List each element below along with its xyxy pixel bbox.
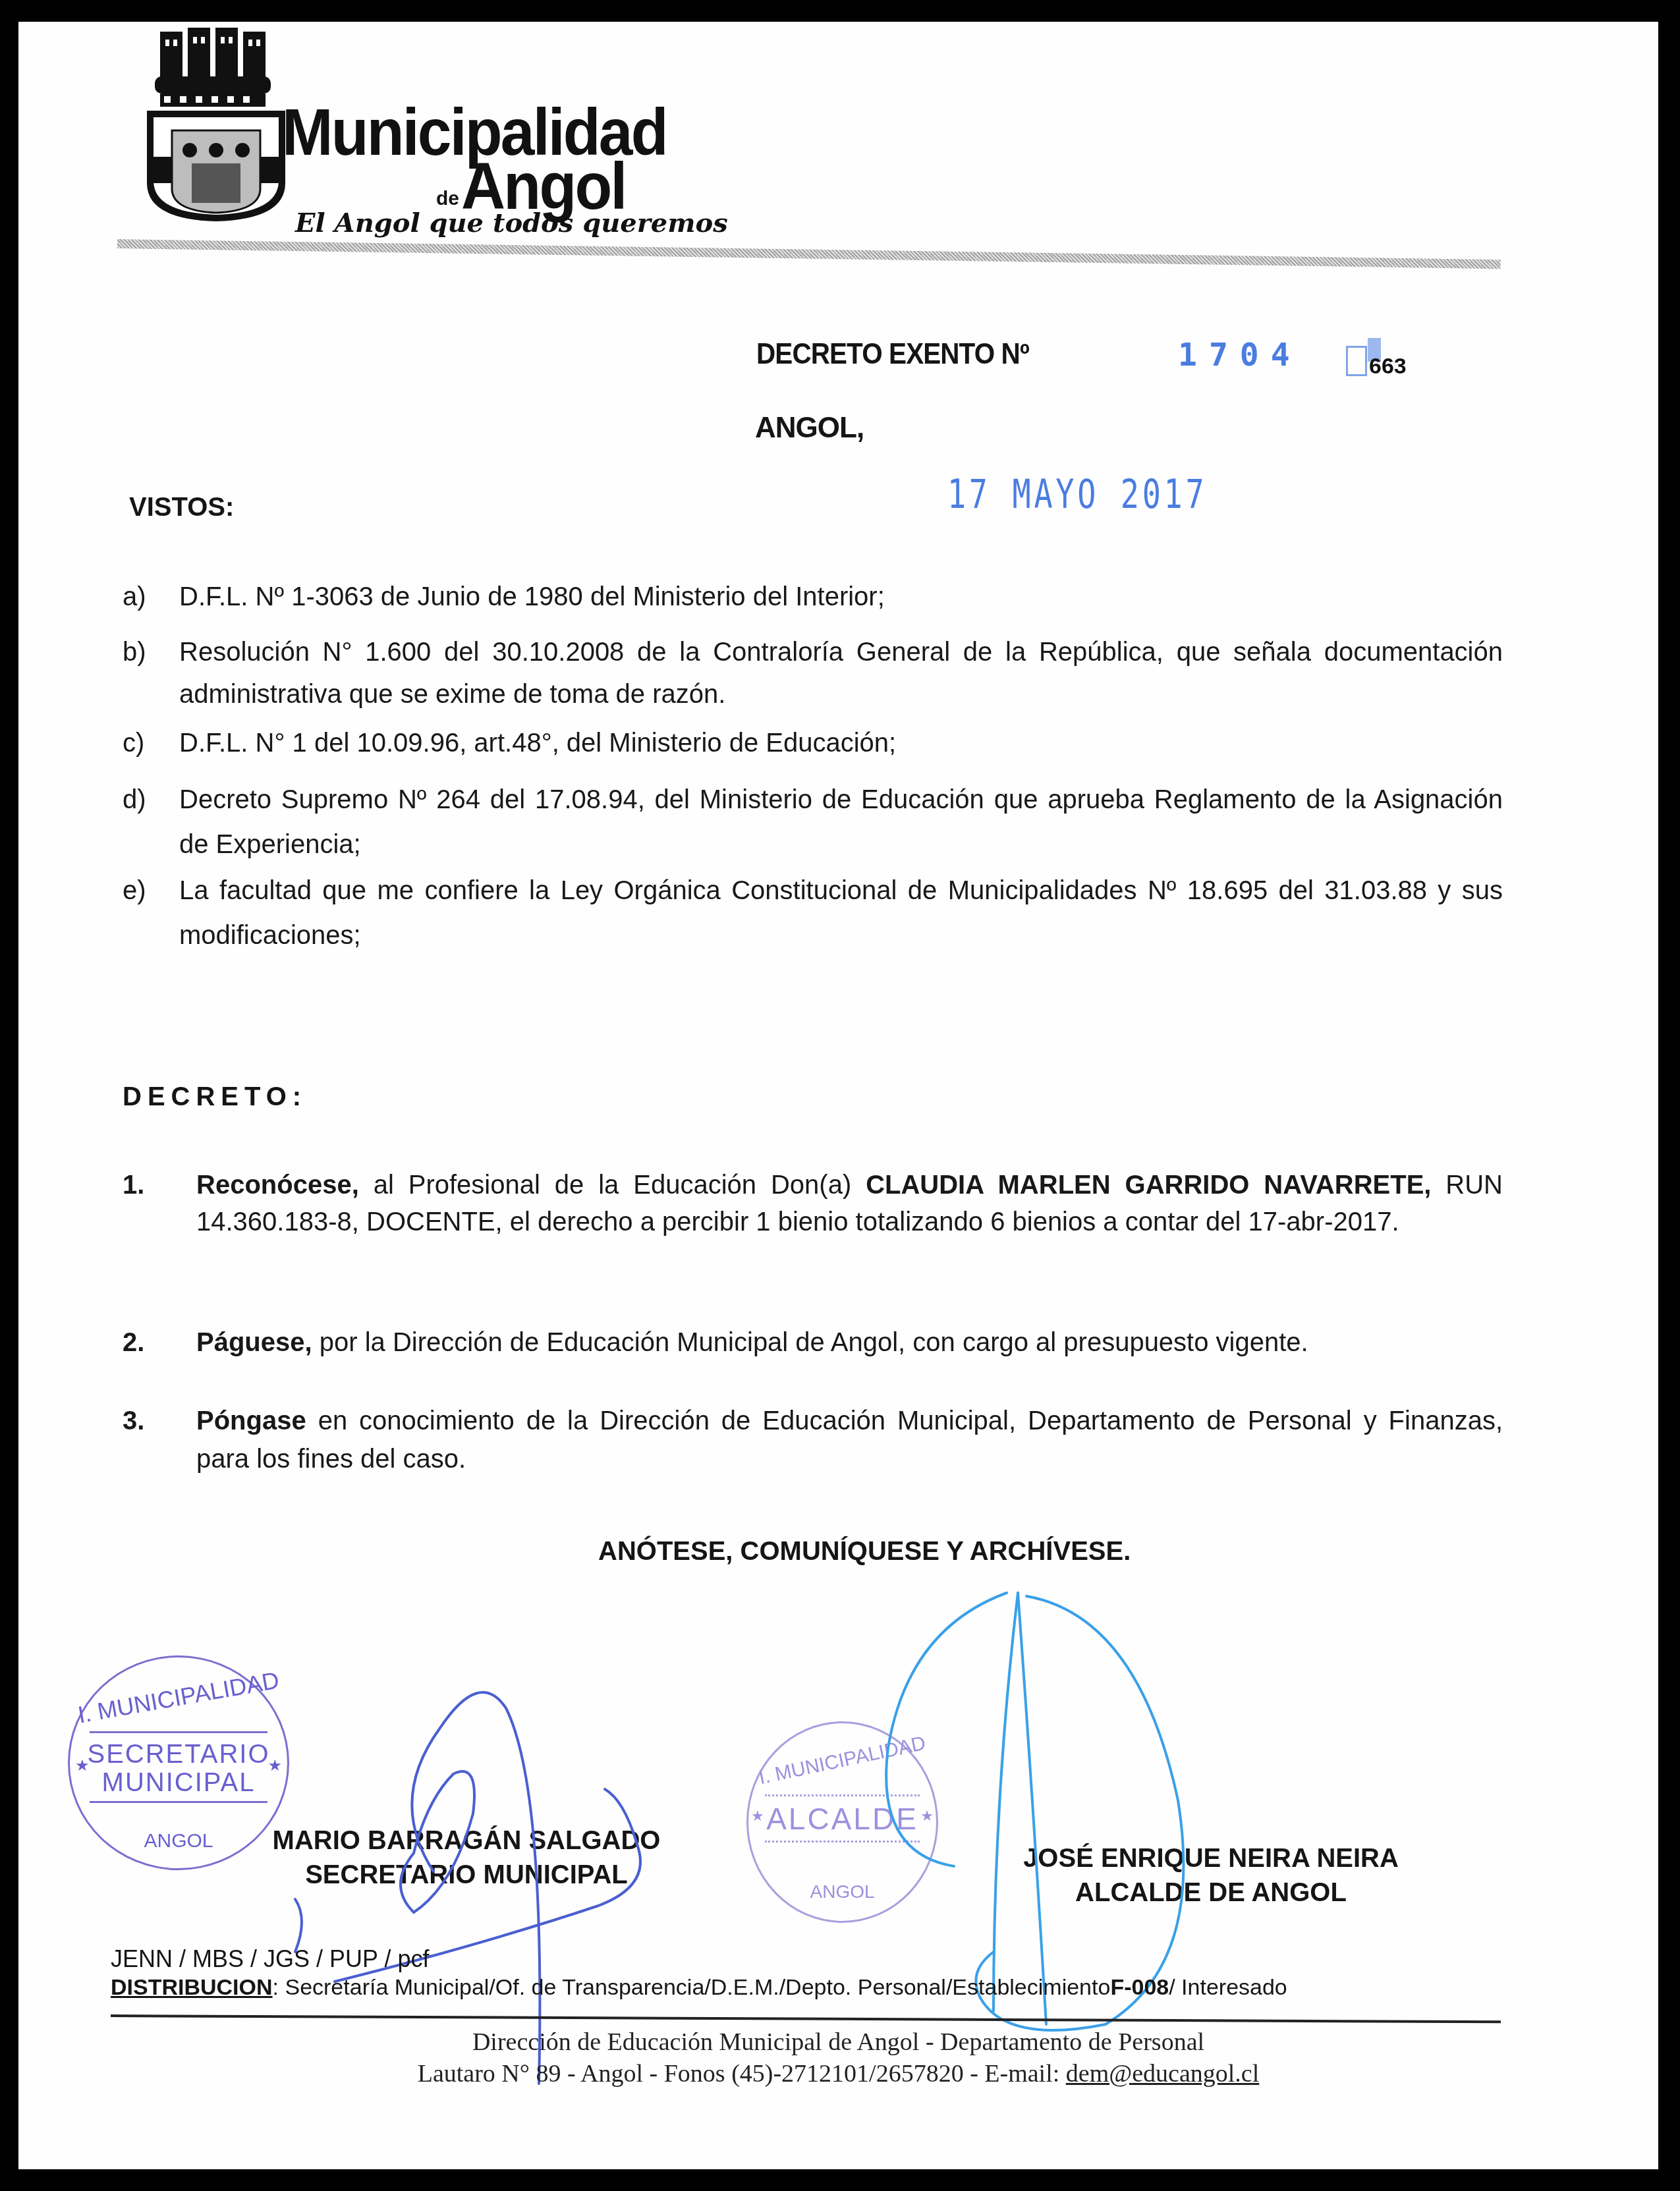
initials-line: JENN / MBS / JGS / PUP / pcf bbox=[111, 1945, 429, 1973]
distribution-text: : Secretaría Municipal/Of. de Transparen… bbox=[273, 1975, 1111, 2000]
mayor-signature-icon bbox=[18, 22, 1658, 2169]
footer-email-link[interactable]: dem@educangol.cl bbox=[1066, 2060, 1260, 2088]
distribution-code: F-008 bbox=[1110, 1975, 1169, 2000]
footer-address: Lautaro N° 89 - Angol - Fonos (45)-27121… bbox=[418, 2060, 1066, 2088]
distribution-line: DISTRIBUCION: Secretaría Municipal/Of. d… bbox=[111, 1975, 1287, 2001]
footer-line-1: Dirección de Educación Municipal de Ango… bbox=[18, 2028, 1658, 2057]
footer-line-2: Lautaro N° 89 - Angol - Fonos (45)-27121… bbox=[18, 2059, 1658, 2088]
decree-page: Municipalidad de Angol El Angol que todo… bbox=[18, 22, 1658, 2169]
distribution-label: DISTRIBUCION bbox=[111, 1975, 273, 2000]
distribution-text: / Interesado bbox=[1169, 1975, 1287, 2000]
